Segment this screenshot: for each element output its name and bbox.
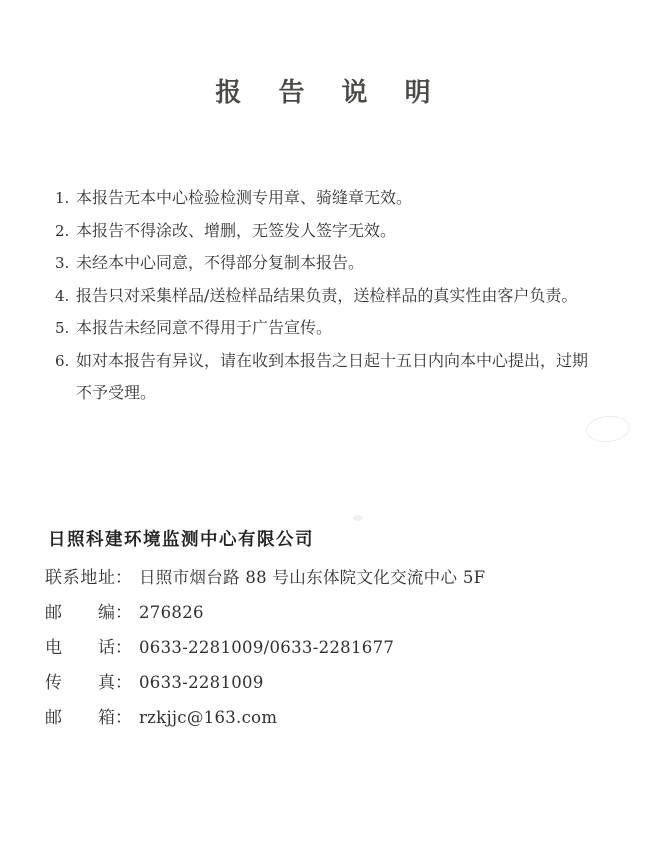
list-item: 1. 本报告无本中心检验检测专用章、骑缝章无效。: [55, 182, 600, 215]
contact-separator: ：: [115, 569, 132, 588]
company-name: 日照科建环境监测中心有限公司: [48, 526, 605, 551]
note-text: 如对本报告有异议，请在收到本报告之日起十五日内向本中心提出，过期不予受理。: [76, 351, 588, 403]
contact-value: 日照市烟台路 88 号山东体院文化交流中心 5F: [139, 568, 485, 587]
list-item: 5. 本报告未经同意不得用于广告宣传。: [55, 312, 600, 345]
list-item: 2. 本报告不得涂改、增删，无签发人签字无效。: [55, 215, 600, 248]
contact-label: 邮箱: [45, 709, 115, 728]
contact-label: 传真: [45, 674, 115, 693]
note-text: 报告只对采集样品/送检样品结果负责，送检样品的真实性由客户负责。: [76, 286, 577, 305]
note-number: 5.: [55, 312, 69, 345]
scan-artifact: [585, 414, 631, 444]
contact-value: 276826: [139, 603, 204, 622]
contact-label: 联系地址: [45, 569, 115, 588]
contact-value: 0633-2281009: [139, 673, 264, 692]
scan-artifact: [353, 515, 363, 521]
contact-separator: ：: [115, 639, 132, 658]
note-text: 未经本中心同意，不得部分复制本报告。: [76, 253, 364, 272]
contact-row-phone: 电话：0633-2281009/0633-2281677: [45, 638, 605, 658]
contact-row-email: 邮箱：rzkjjc@163.com: [45, 708, 605, 728]
contact-separator: ：: [115, 674, 132, 693]
note-number: 2.: [55, 215, 69, 248]
note-text: 本报告不得涂改、增删，无签发人签字无效。: [76, 221, 396, 240]
contact-separator: ：: [115, 604, 132, 623]
contact-row-postcode: 邮编：276826: [45, 603, 605, 623]
list-item: 4. 报告只对采集样品/送检样品结果负责，送检样品的真实性由客户负责。: [55, 280, 600, 313]
contact-row-fax: 传真：0633-2281009: [45, 673, 605, 693]
note-text: 本报告未经同意不得用于广告宣传。: [76, 318, 332, 337]
note-number: 3.: [55, 247, 69, 280]
page-title: 报 告 说 明: [0, 72, 646, 109]
contact-label: 邮编: [45, 604, 115, 623]
contact-label: 电话: [45, 639, 115, 658]
contact-block: 日照科建环境监测中心有限公司 联系地址：日照市烟台路 88 号山东体院文化交流中…: [45, 526, 605, 743]
contact-separator: ：: [115, 709, 132, 728]
note-number: 4.: [55, 280, 69, 313]
report-notes-page: 报 告 说 明 1. 本报告无本中心检验检测专用章、骑缝章无效。 2. 本报告不…: [0, 0, 646, 845]
contact-value: rzkjjc@163.com: [139, 708, 277, 727]
contact-value: 0633-2281009/0633-2281677: [139, 638, 394, 657]
contact-row-address: 联系地址：日照市烟台路 88 号山东体院文化交流中心 5F: [45, 568, 605, 588]
note-number: 1.: [55, 182, 69, 215]
note-text: 本报告无本中心检验检测专用章、骑缝章无效。: [76, 188, 412, 207]
list-item: 6. 如对本报告有异议，请在收到本报告之日起十五日内向本中心提出，过期不予受理。: [55, 345, 600, 410]
note-number: 6.: [55, 345, 69, 378]
list-item: 3. 未经本中心同意，不得部分复制本报告。: [55, 247, 600, 280]
notes-list: 1. 本报告无本中心检验检测专用章、骑缝章无效。 2. 本报告不得涂改、增删，无…: [55, 182, 600, 410]
